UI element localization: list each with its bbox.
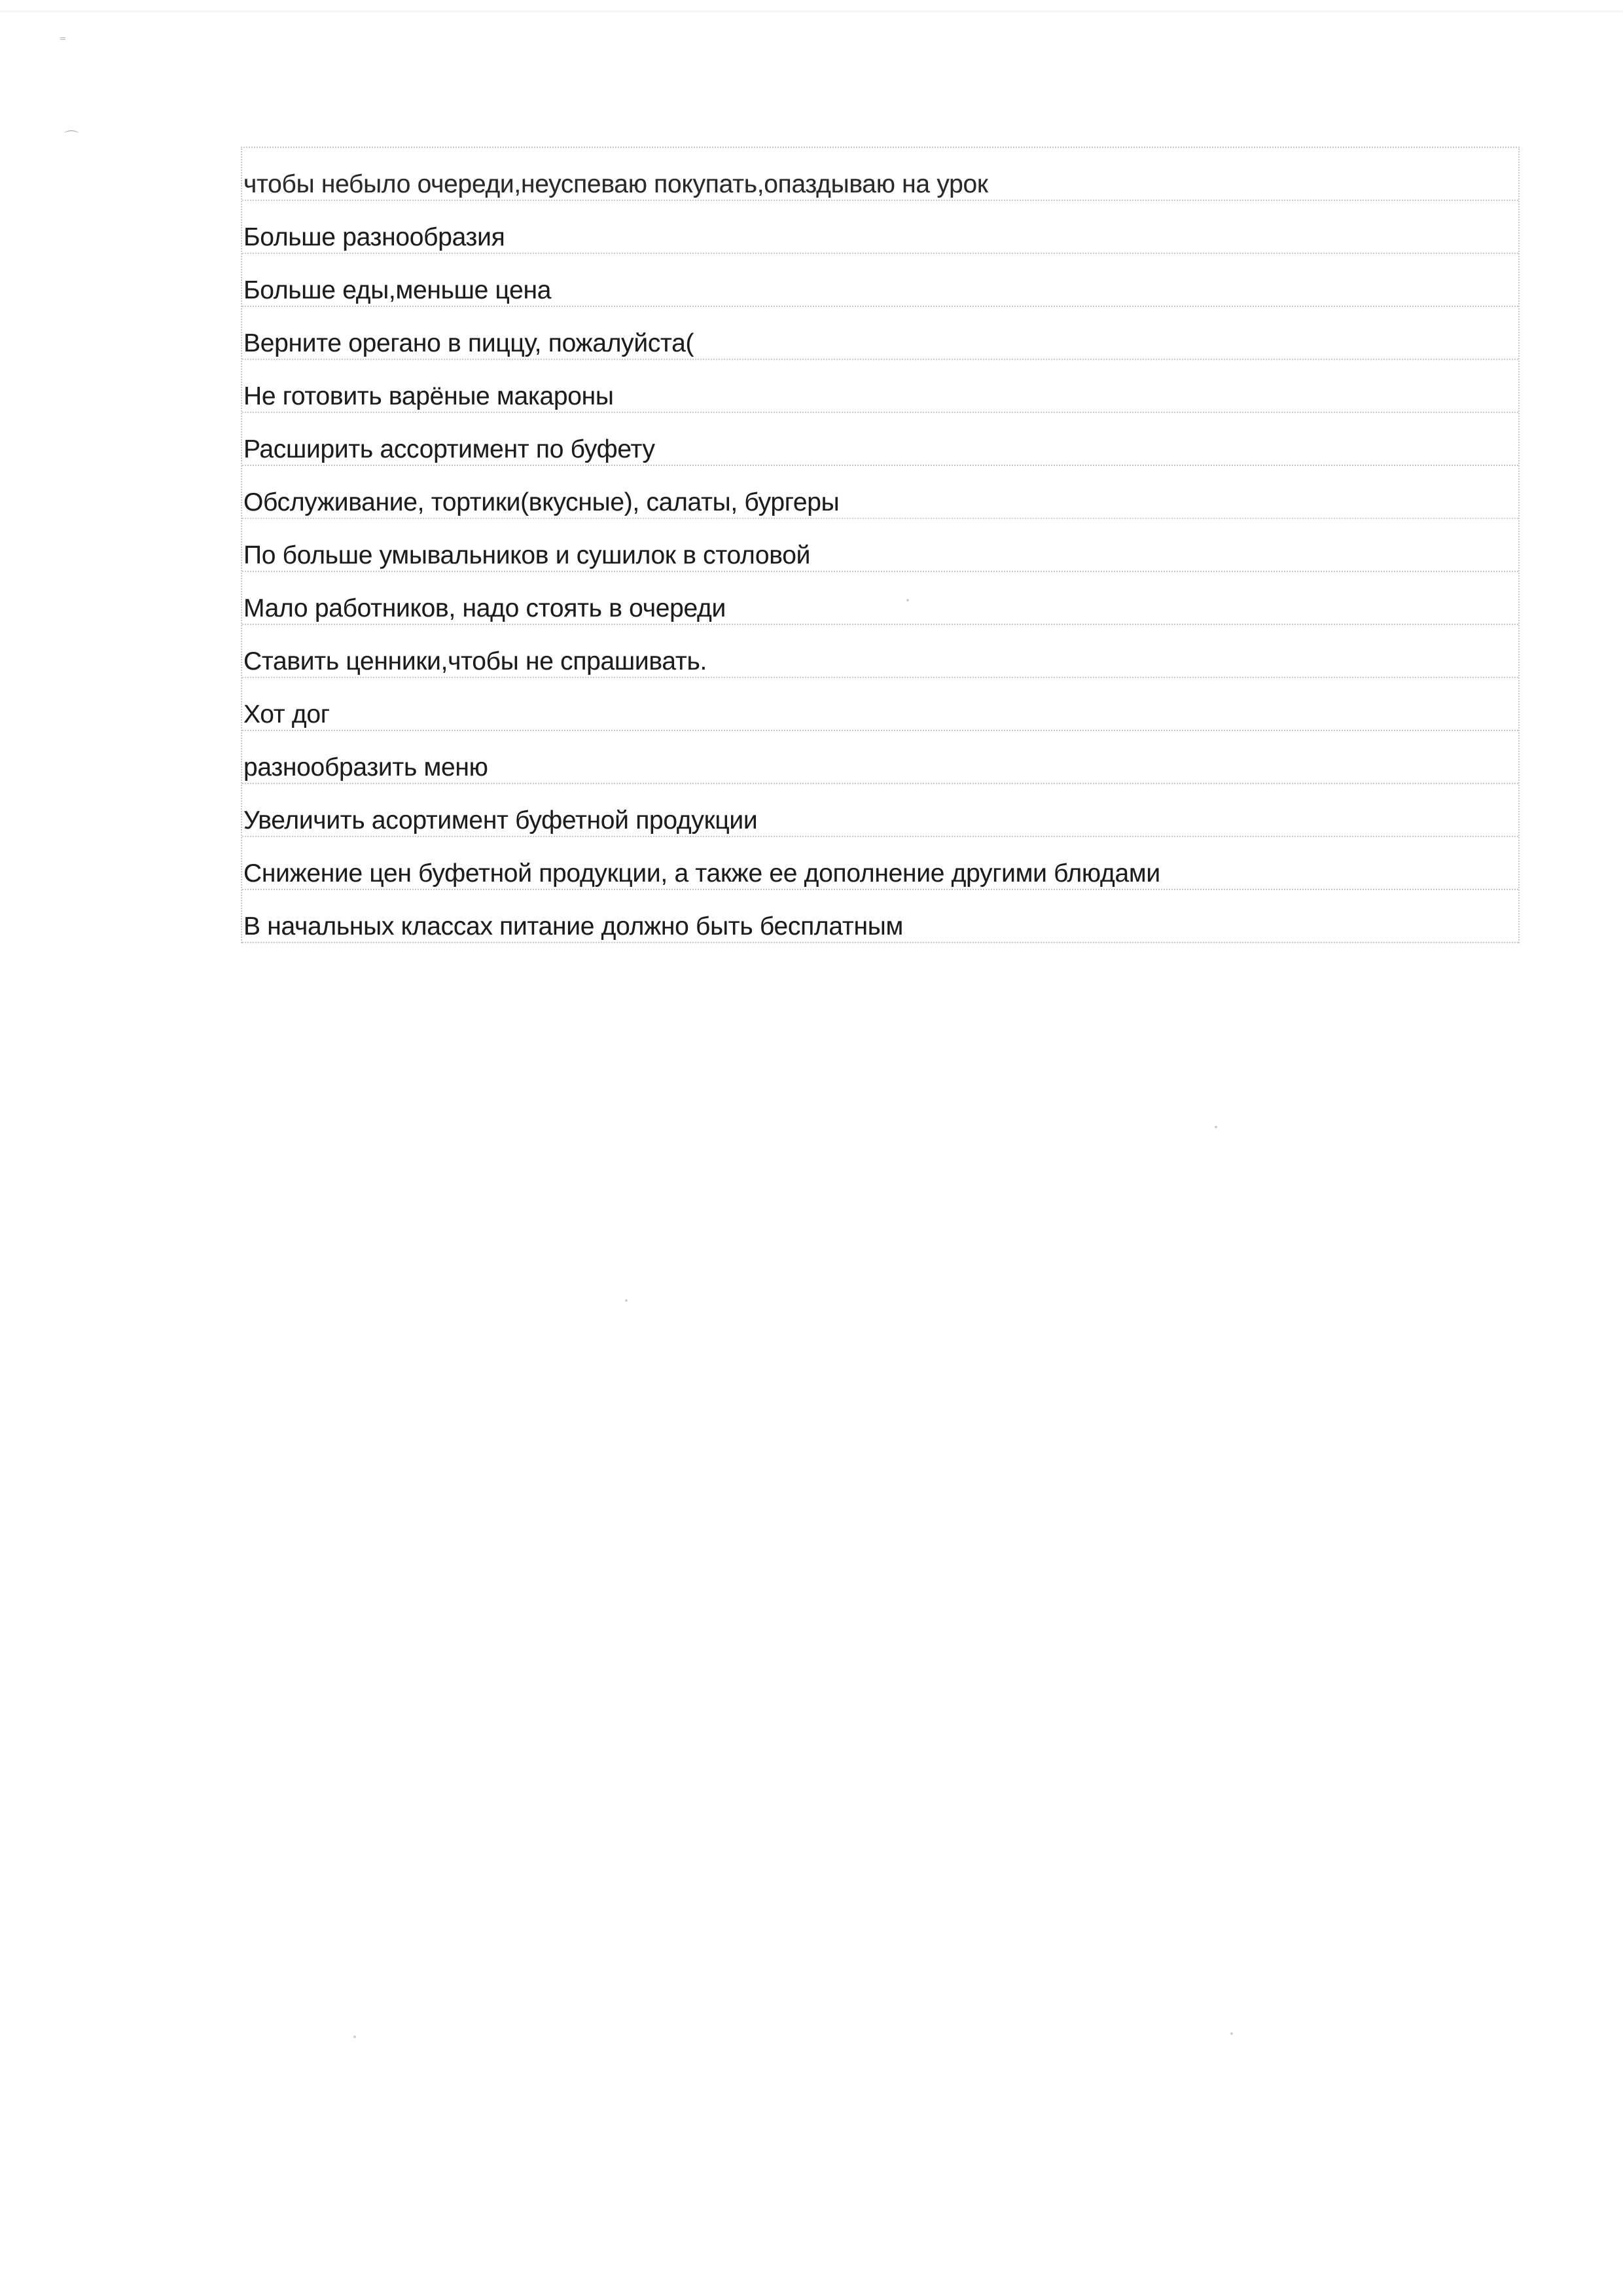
scan-speck <box>906 599 909 601</box>
table-row: Хот дог <box>242 678 1518 731</box>
table-row: Больше еды,меньше цена <box>242 254 1518 307</box>
table-cell: Обслуживание, тортики(вкусные), салаты, … <box>243 490 839 515</box>
table-cell: Больше разнообразия <box>243 224 505 250</box>
scan-speck <box>1230 2032 1233 2035</box>
table-cell: В начальных классах питание должно быть … <box>243 914 903 939</box>
scan-mark: ⁼ <box>59 34 67 48</box>
scan-speck <box>1215 1126 1217 1128</box>
scan-speck <box>625 1299 628 1302</box>
table-row: Увеличить асортимент буфетной продукции <box>242 784 1518 837</box>
table-row: Верните орегано в пиццу, пожалуйста( <box>242 307 1518 360</box>
table-cell: Верните орегано в пиццу, пожалуйста( <box>243 331 694 356</box>
table-row: чтобы небыло очереди,неуспеваю покупать,… <box>242 148 1518 201</box>
table-row: Не готовить варёные макароны <box>242 360 1518 413</box>
table-cell: Ставить ценники,чтобы не спрашивать. <box>243 649 707 674</box>
table-row: В начальных классах питание должно быть … <box>242 890 1518 943</box>
table-row: Ставить ценники,чтобы не спрашивать. <box>242 625 1518 678</box>
table-cell: Не готовить варёные макароны <box>243 384 614 409</box>
table-row: Мало работников, надо стоять в очереди <box>242 572 1518 625</box>
table-cell: Снижение цен буфетной продукции, а также… <box>243 861 1160 886</box>
table-row: Обслуживание, тортики(вкусные), салаты, … <box>242 466 1518 519</box>
table-row: По больше умывальников и сушилок в столо… <box>242 519 1518 572</box>
table-row: Больше разнообразия <box>242 201 1518 254</box>
table-cell: Расширить ассортимент по буфету <box>243 437 655 462</box>
table-cell: Больше еды,меньше цена <box>243 278 551 303</box>
scan-speck <box>353 2036 356 2038</box>
table-cell: Мало работников, надо стоять в очереди <box>243 596 726 621</box>
table-cell: чтобы небыло очереди,неуспеваю покупать,… <box>243 171 988 197</box>
table-cell: Увеличить асортимент буфетной продукции <box>243 808 757 833</box>
table-row: Снижение цен буфетной продукции, а также… <box>242 837 1518 890</box>
responses-table: чтобы небыло очереди,неуспеваю покупать,… <box>241 147 1520 943</box>
table-cell: По больше умывальников и сушилок в столо… <box>243 543 810 568</box>
table-row: Расширить ассортимент по буфету <box>242 413 1518 466</box>
scan-edge <box>0 10 1623 12</box>
scan-mark: ⌒ <box>64 131 79 145</box>
table-cell: разнообразить меню <box>243 755 488 780</box>
table-row: разнообразить меню <box>242 731 1518 784</box>
table-cell: Хот дог <box>243 702 330 727</box>
